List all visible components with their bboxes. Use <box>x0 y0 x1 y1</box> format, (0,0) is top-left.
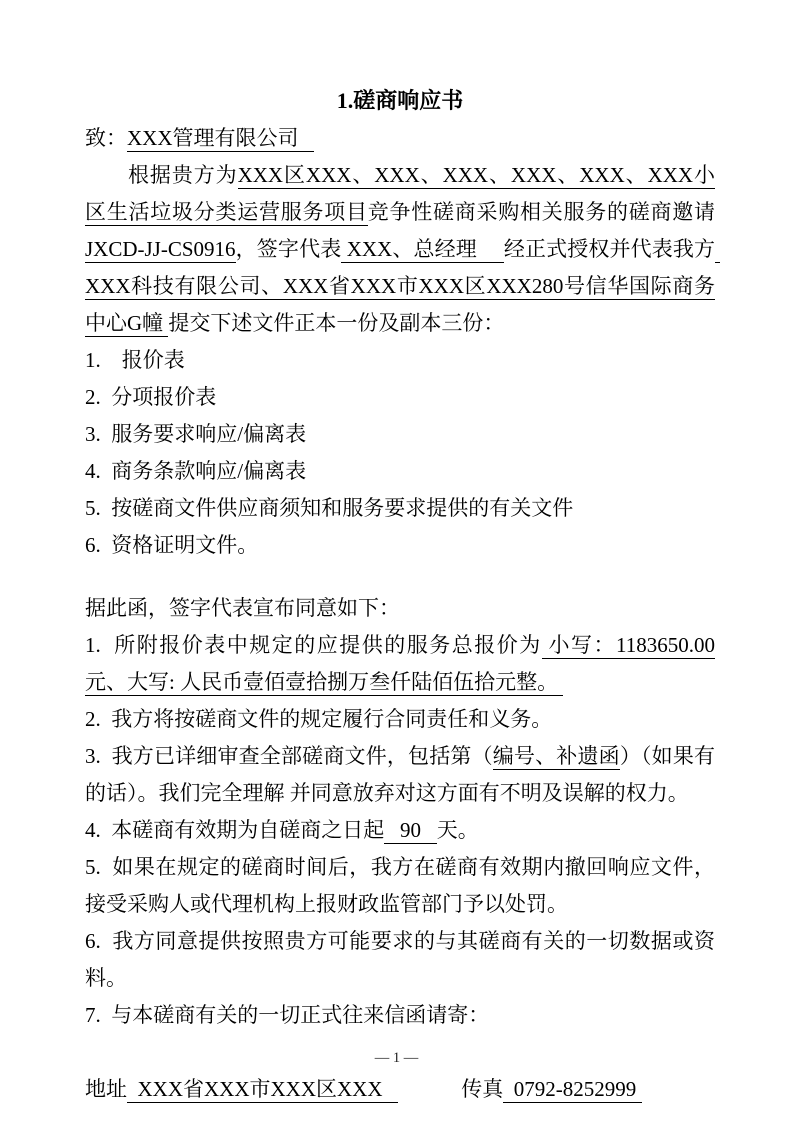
representative-name-underline: XXX、总经理 <box>341 237 503 263</box>
list-item-text: 3. 服务要求响应/偏离表 <box>85 422 306 446</box>
agreement-6-text: 6. 我方同意提供按照贵方可能要求的与其磋商有关的一切数据或资料。 <box>85 929 715 990</box>
list-item-qualification: 6. 资格证明文件。 <box>85 527 715 564</box>
invitation-number-underline: JXCD-JJ-CS0916 <box>85 237 236 263</box>
spacer <box>85 564 715 590</box>
list-item-service-deviation: 3. 服务要求响应/偏离表 <box>85 416 715 453</box>
intro-text-4: 经正式授权并代表我方 <box>504 237 715 261</box>
agreement-item-4: 4. 本磋商有效期为自磋商之日起 90 天。 <box>85 812 715 849</box>
agreement-4-text-1: 4. 本磋商有效期为自磋商之日起 <box>85 818 384 842</box>
agreement-item-6: 6. 我方同意提供按照贵方可能要求的与其磋商有关的一切数据或资料。 <box>85 923 715 997</box>
salutation-label: 致： <box>85 126 127 150</box>
agreement-item-2: 2. 我方将按磋商文件的规定履行合同责任和义务。 <box>85 701 715 738</box>
list-item-text: 2. 分项报价表 <box>85 385 216 409</box>
salutation-line: 致：XXX管理有限公司 <box>85 120 715 157</box>
page-footer: — 1 — <box>0 1048 793 1068</box>
agreement-item-5: 5. 如果在规定的磋商时间后，我方在磋商有效期内撤回响应文件，接受采购人或代理机… <box>85 849 715 923</box>
list-item-quotation: 1. 报价表 <box>85 342 715 379</box>
intro-text-1: 根据贵方为 <box>128 163 238 187</box>
agreement-3-text-1: 3. 我方已详细审查全部磋商文件，包括第（ <box>85 744 493 768</box>
fax-value-underline: 0792-8252999 <box>503 1077 641 1103</box>
agreement-intro-text: 据此函，签字代表宣布同意如下： <box>85 596 400 620</box>
contact-line: 地址 XXX省XXX市XXX区XXX 传真 0792-8252999 <box>85 1071 715 1108</box>
document-title: 1.磋商响应书 <box>85 82 715 120</box>
address-value-underline: XXX省XXX市XXX区XXX <box>127 1077 398 1103</box>
agreement-4-text-2: 天。 <box>437 818 479 842</box>
list-item-commercial-deviation: 4. 商务条款响应/偏离表 <box>85 453 715 490</box>
agreement-7-text: 7. 与本磋商有关的一切正式往来信函请寄： <box>85 1003 489 1027</box>
contact-gap <box>398 1077 461 1101</box>
submitted-documents-list: 1. 报价表 2. 分项报价表 3. 服务要求响应/偏离表 4. 商务条款响应/… <box>85 342 715 564</box>
agreement-item-7: 7. 与本磋商有关的一切正式往来信函请寄： <box>85 997 715 1034</box>
intro-text-5: 提交下述文件正本一份及副本三份： <box>168 311 504 335</box>
fax-label: 传真 <box>461 1077 503 1101</box>
list-item-text: 1. 报价表 <box>85 348 185 372</box>
agreement-1-text: 1. 所附报价表中规定的应提供的服务总报价为 <box>85 633 542 657</box>
list-item-itemized-quotation: 2. 分项报价表 <box>85 379 715 416</box>
address-label: 地址 <box>85 1077 127 1101</box>
agreement-intro: 据此函，签字代表宣布同意如下： <box>85 590 715 627</box>
agreement-item-1: 1. 所附报价表中规定的应提供的服务总报价为 小写：1183650.00元、大写… <box>85 627 715 701</box>
intro-text-3: ，签字代表 <box>236 237 342 261</box>
page-number: — 1 — <box>375 1050 419 1066</box>
list-item-required-documents: 5. 按磋商文件供应商须知和服务要求提供的有关文件 <box>85 490 715 527</box>
agreement-5-text: 5. 如果在规定的磋商时间后，我方在磋商有效期内撤回响应文件，接受采购人或代理机… <box>85 855 715 916</box>
agreement-item-3: 3. 我方已详细审查全部磋商文件，包括第（编号、补遗函）（如果有的话）。我们完全… <box>85 738 715 812</box>
recipient-name-underline: XXX管理有限公司 <box>127 126 314 152</box>
document-page: 1.磋商响应书 致：XXX管理有限公司 根据贵方为XXX区XXX、XXX、XXX… <box>0 0 793 1122</box>
addendum-number-underline: 编号、补遗函 <box>493 744 620 770</box>
agreement-2-text: 2. 我方将按磋商文件的规定履行合同责任和义务。 <box>85 707 552 731</box>
list-item-text: 4. 商务条款响应/偏离表 <box>85 459 306 483</box>
list-item-text: 5. 按磋商文件供应商须知和服务要求提供的有关文件 <box>85 496 573 520</box>
validity-days-underline: 90 <box>384 818 437 844</box>
intro-paragraph: 根据贵方为XXX区XXX、XXX、XXX、XXX、XXX、XXX小区生活垃圾分类… <box>85 157 715 342</box>
intro-text-2: 竞争性磋商采购相关服务的磋商邀请 <box>368 200 715 224</box>
list-item-text: 6. 资格证明文件。 <box>85 533 258 557</box>
